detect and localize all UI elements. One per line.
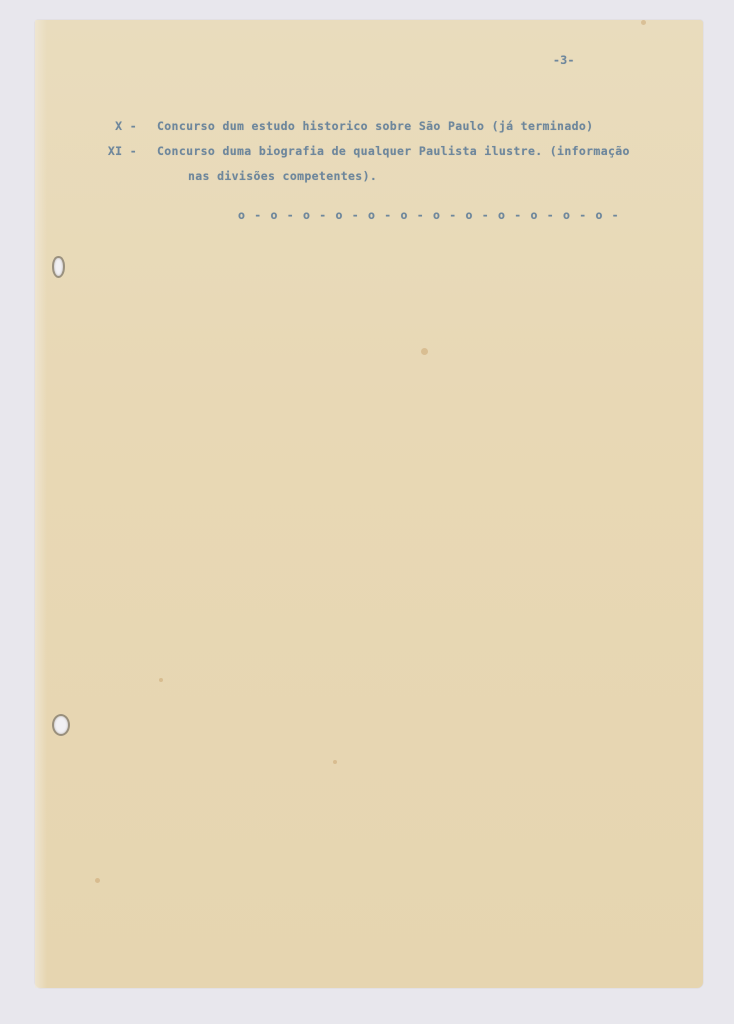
document-page: -3- X - Concurso dum estudo historico so…: [35, 20, 703, 988]
page-number: -3-: [553, 53, 575, 67]
item-number-x: X -: [97, 119, 137, 133]
paper-stain: [641, 20, 646, 25]
punch-hole-bottom: [54, 716, 68, 734]
item-text-xi-continuation: nas divisões competentes).: [188, 169, 377, 183]
section-separator: o - o - o - o - o - o - o - o - o - o - …: [238, 208, 620, 222]
paper-stain: [333, 760, 337, 764]
item-text-x: Concurso dum estudo historico sobre São …: [157, 119, 593, 133]
punch-hole-top: [54, 258, 63, 276]
item-number-xi: XI -: [97, 144, 137, 158]
item-text-xi: Concurso duma biografia de qualquer Paul…: [157, 144, 630, 158]
paper-stain: [95, 878, 100, 883]
paper-stain: [421, 348, 428, 355]
paper-stain: [159, 678, 163, 682]
